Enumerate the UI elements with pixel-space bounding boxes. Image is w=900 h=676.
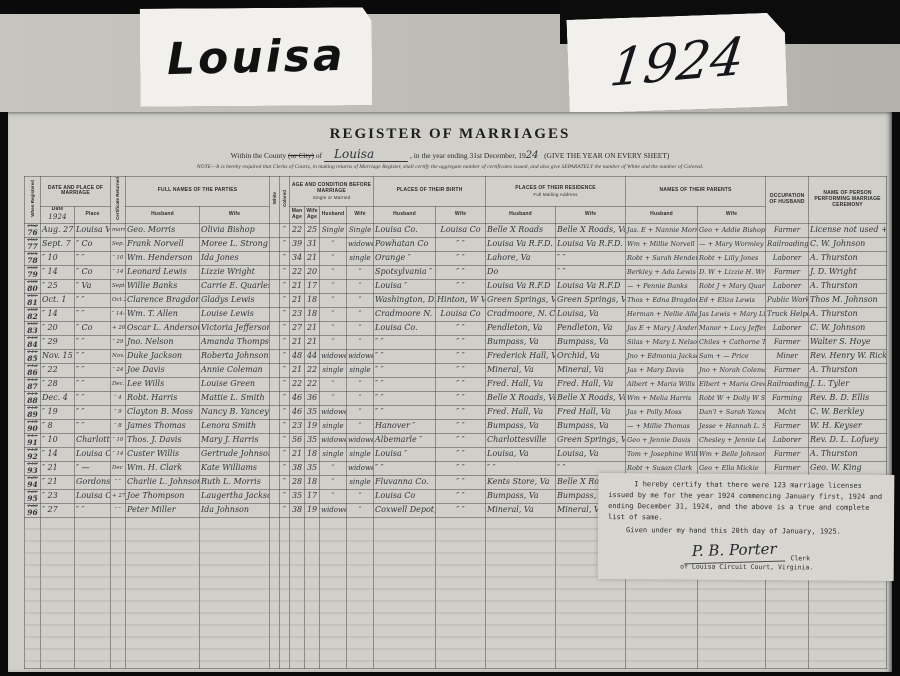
cell-certificate: ″ 9 bbox=[111, 405, 126, 419]
table-row: 11892 ″ 14 Louisa Co ″ 14 Custer Willis … bbox=[25, 447, 887, 461]
col-registered: When Registered bbox=[25, 177, 41, 224]
cell-husband-birth: Albemarle ″ bbox=[374, 433, 436, 447]
cell-wife-name: Nancy B. Yancey bbox=[200, 405, 270, 419]
cell-certificate: Sep. 7 bbox=[111, 237, 126, 251]
cell-wife-condition: single bbox=[347, 251, 374, 265]
cell-wife-age: 35 bbox=[305, 461, 320, 475]
cell-certificate: married bbox=[111, 223, 126, 237]
cell-husband-parents: Thos + Edna Bragdon bbox=[626, 293, 698, 307]
cell-white-mark bbox=[270, 377, 280, 391]
cell-husband-parents: Berkley + Ada Lewis bbox=[626, 265, 698, 279]
table-header: When Registered DATE AND PLACE OF MARRIA… bbox=[25, 177, 887, 224]
cell-husband-parents: Geo + Jennie Davis bbox=[626, 433, 698, 447]
cell-date: ″ 22 bbox=[41, 363, 75, 377]
cell-colored-mark: ″ bbox=[280, 265, 290, 279]
cell-wife-birth: ″ ″ bbox=[436, 391, 486, 405]
cell-date: ″ 14 bbox=[41, 307, 75, 321]
cell-white-mark bbox=[270, 489, 280, 503]
cell-colored-mark: ″ bbox=[280, 279, 290, 293]
cell-wife-age: 31 bbox=[305, 237, 320, 251]
cell-date: Aug. 27 bbox=[41, 223, 75, 237]
cell-wife-name: Lizzie Wright bbox=[200, 265, 270, 279]
col-group-residence: PLACES OF THEIR RESIDENCE Full Mailing A… bbox=[486, 177, 626, 207]
cell-husband-residence: Do bbox=[486, 265, 556, 279]
cell-minister: A. Thurston bbox=[809, 279, 887, 293]
cell-wife-parents: Manor + Lucy Jefferson bbox=[698, 321, 766, 335]
cell-white-mark bbox=[270, 223, 280, 237]
cell-wife-condition: ″ bbox=[347, 279, 374, 293]
cell-minister: Geo. W. King bbox=[809, 461, 887, 475]
cell-wife-name: Carrie E. Quarles bbox=[200, 279, 270, 293]
cell-husband-parents: Jas + Mary Davis bbox=[626, 363, 698, 377]
cell-wife-age: 44 bbox=[305, 349, 320, 363]
year-handwritten: 24 bbox=[526, 150, 539, 161]
cell-wife-birth: Louisa Co bbox=[436, 223, 486, 237]
cell-wife-name: Mattie L. Smith bbox=[200, 391, 270, 405]
cell-husband-age: 22 bbox=[290, 377, 305, 391]
county-label-text: Louisa bbox=[166, 29, 346, 84]
cell-occupation: Farming bbox=[766, 391, 809, 405]
cell-wife-condition: single bbox=[347, 363, 374, 377]
cell-white-mark bbox=[270, 475, 280, 489]
cell-husband-residence: ″ ″ bbox=[486, 461, 556, 475]
scanned-register-photo: { "labels": { "card_county": "Louisa", "… bbox=[0, 0, 900, 676]
within-prefix: Within the County bbox=[231, 151, 287, 160]
of-word: of bbox=[316, 151, 322, 160]
cell-wife-condition: ″ bbox=[347, 335, 374, 349]
cell-wife-parents: Robt W + Dolly W Smith bbox=[698, 391, 766, 405]
cell-place: Louisa Va bbox=[75, 223, 111, 237]
cell-husband-birth: ″ ″ bbox=[374, 377, 436, 391]
cell-wife-residence: Bumpass, Va bbox=[556, 335, 626, 349]
cell-wife-parents: Jno + Norah Coleman bbox=[698, 363, 766, 377]
clerk-signature: P. B. Porter bbox=[683, 538, 785, 565]
cell-line-no: 12296 bbox=[25, 503, 41, 517]
cell-occupation: Farmer bbox=[766, 363, 809, 377]
cell-place: ″ Co bbox=[75, 321, 111, 335]
cell-wife-condition: ″ bbox=[347, 489, 374, 503]
cell-husband-parents: Wm + Melia Harris bbox=[626, 391, 698, 405]
cell-wife-age: 21 bbox=[305, 251, 320, 265]
cell-husband-birth: Cradmoore N. C. bbox=[374, 307, 436, 321]
table-row: 10680 ″ 25 ″ Va Sept 28-24 Willie Banks … bbox=[25, 279, 887, 293]
cell-husband-age: 38 bbox=[290, 461, 305, 475]
cell-certificate: ″ 10 bbox=[111, 251, 126, 265]
subcol-cond-wife: Wife bbox=[347, 206, 374, 223]
cell-husband-age: 56 bbox=[290, 433, 305, 447]
table-row: 10579 ″ 14 ″ Co ″ 14 Leonard Lewis Lizzi… bbox=[25, 265, 887, 279]
cell-certificate: Dec 18-24 bbox=[111, 461, 126, 475]
cell-husband-name: Willie Banks bbox=[126, 279, 200, 293]
cell-husband-parents: Robt + Sarah Henderson bbox=[626, 251, 698, 265]
cell-colored-mark: ″ bbox=[280, 363, 290, 377]
cell-wife-parents: Chiles + Cathorne Thompson bbox=[698, 335, 766, 349]
subcol-birth-wife: Wife bbox=[436, 206, 486, 223]
cell-husband-name: Robt. Harris bbox=[126, 391, 200, 405]
cell-wife-birth: ″ ″ bbox=[436, 335, 486, 349]
cell-wife-name: Mary J. Harris bbox=[200, 433, 270, 447]
cell-date: ″ 21 bbox=[41, 475, 75, 489]
cell-wife-residence: Fred. Hall, Va bbox=[556, 377, 626, 391]
cell-colored-mark: ″ bbox=[280, 503, 290, 517]
cell-place: ″ Va bbox=[75, 279, 111, 293]
cell-white-mark bbox=[270, 265, 280, 279]
cell-line-no: 11589 bbox=[25, 405, 41, 419]
cell-husband-residence: Louisa Va R.F.D bbox=[486, 279, 556, 293]
cell-white-mark bbox=[270, 237, 280, 251]
cell-wife-residence: Belle X Roads, Va bbox=[556, 223, 626, 237]
cell-wife-name: Moree L. Strong bbox=[200, 237, 270, 251]
cell-husband-birth: Spotsylvania ″ bbox=[374, 265, 436, 279]
cell-husband-condition: ″ bbox=[320, 335, 347, 349]
cell-wife-condition: widowed bbox=[347, 433, 374, 447]
cell-wife-parents: D. W + Lizzie H. Wright bbox=[698, 265, 766, 279]
cell-place: ″ ″ bbox=[75, 251, 111, 265]
cell-date: ″ 8 bbox=[41, 419, 75, 433]
cell-line-no: 10882 bbox=[25, 307, 41, 321]
cell-certificate: ″ 24 bbox=[111, 363, 126, 377]
table-row: 11387 ″ 28 ″ ″ Dec. 3 Lee Wills Louise G… bbox=[25, 377, 887, 391]
cell-certificate: ″ 8 bbox=[111, 419, 126, 433]
cell-minister: J. L. Tyler bbox=[809, 377, 887, 391]
cell-place: ″ ″ bbox=[75, 377, 111, 391]
cell-husband-parents: Jas + Polly Moss bbox=[626, 405, 698, 419]
cell-date: ″ 28 bbox=[41, 377, 75, 391]
cell-wife-name: Kate Williams bbox=[200, 461, 270, 475]
cell-white-mark bbox=[270, 503, 280, 517]
cell-husband-name: Lee Wills bbox=[126, 377, 200, 391]
cell-wife-residence: Louisa Va R.F.D. bbox=[556, 237, 626, 251]
cell-wife-name: Gladys Lewis bbox=[200, 293, 270, 307]
cell-wife-age: 18 bbox=[305, 307, 320, 321]
cell-wife-condition: ″ bbox=[347, 321, 374, 335]
cell-wife-name: Ruth L. Morris bbox=[200, 475, 270, 489]
cell-husband-residence: Pendleton, Va bbox=[486, 321, 556, 335]
cell-white-mark bbox=[270, 363, 280, 377]
cell-wife-condition: ″ bbox=[347, 377, 374, 391]
cell-line-no: 11791 bbox=[25, 433, 41, 447]
cell-husband-birth: Louisa Co bbox=[374, 489, 436, 503]
cell-wife-birth: ″ ″ bbox=[436, 279, 486, 293]
cell-husband-parents: Jno + Edmonia Jackson bbox=[626, 349, 698, 363]
cell-minister: C. W. Berkley bbox=[809, 405, 887, 419]
cell-husband-name: Wm. Henderson bbox=[126, 251, 200, 265]
cell-colored-mark: ″ bbox=[280, 349, 290, 363]
cell-wife-age: 21 bbox=[305, 335, 320, 349]
subcol-wife-name: Wife bbox=[200, 206, 270, 223]
cell-husband-parents: Herman + Nellie Allen bbox=[626, 307, 698, 321]
cell-minister: Rev. D. L. Lofuey bbox=[809, 433, 887, 447]
cell-wife-birth: ″ ″ bbox=[436, 377, 486, 391]
cell-husband-condition: ″ bbox=[320, 279, 347, 293]
cell-wife-parents: Jas Lewis + Mary Lipscomb bbox=[698, 307, 766, 321]
cell-husband-residence: Frederick Hall, Va bbox=[486, 349, 556, 363]
cell-husband-parents: Wm + Millie Norvell bbox=[626, 237, 698, 251]
col-group-birth: PLACES OF THEIR BIRTH bbox=[374, 177, 486, 207]
cell-husband-name: Joe Davis bbox=[126, 363, 200, 377]
cell-husband-condition: ″ bbox=[320, 489, 347, 503]
cell-line-no: 10680 bbox=[25, 279, 41, 293]
cell-husband-parents: Tom + Josephine Willis bbox=[626, 447, 698, 461]
subcol-res-wife: Wife bbox=[556, 206, 626, 223]
cell-wife-condition: ″ bbox=[347, 293, 374, 307]
cell-occupation: Farmer bbox=[766, 419, 809, 433]
cell-husband-residence: Lahore, Va bbox=[486, 251, 556, 265]
subcol-res-husband: Husband bbox=[486, 206, 556, 223]
within-suffix: (GIVE THE YEAR ON EVERY SHEET) bbox=[544, 151, 669, 160]
cell-white-mark bbox=[270, 279, 280, 293]
marriage-register-table: When Registered DATE AND PLACE OF MARRIA… bbox=[24, 176, 887, 669]
cell-husband-residence: Louisa Va R.F.D. bbox=[486, 237, 556, 251]
cell-husband-parents: Albert + Maria Wills bbox=[626, 377, 698, 391]
cell-husband-residence: Bumpass, Va bbox=[486, 489, 556, 503]
cell-colored-mark: ″ bbox=[280, 251, 290, 265]
cell-husband-age: 28 bbox=[290, 475, 305, 489]
cell-husband-name: Leonard Lewis bbox=[126, 265, 200, 279]
cell-husband-age: 39 bbox=[290, 237, 305, 251]
cell-wife-name: Ida Johnson bbox=[200, 503, 270, 517]
cell-colored-mark: ″ bbox=[280, 377, 290, 391]
subcol-place: Place bbox=[75, 206, 111, 223]
cell-husband-age: 21 bbox=[290, 293, 305, 307]
cell-colored-mark: ″ bbox=[280, 223, 290, 237]
cell-minister: A. Thurston bbox=[809, 251, 887, 265]
cell-wife-condition: ″ bbox=[347, 391, 374, 405]
cell-husband-residence: Belle X Roads, Va bbox=[486, 391, 556, 405]
cell-husband-condition: single bbox=[320, 363, 347, 377]
subcol-par-wife: Wife bbox=[698, 206, 766, 223]
cell-colored-mark: ″ bbox=[280, 307, 290, 321]
cell-husband-residence: Bumpass, Va bbox=[486, 335, 556, 349]
cell-date: ″ 19 bbox=[41, 405, 75, 419]
cert-line: list of same. bbox=[608, 512, 886, 525]
cell-husband-age: 46 bbox=[290, 405, 305, 419]
cell-white-mark bbox=[270, 321, 280, 335]
cell-minister: A. Thurston bbox=[809, 363, 887, 377]
cell-place: ″ ″ bbox=[75, 363, 111, 377]
cell-husband-residence: Belle X Roads bbox=[486, 223, 556, 237]
cell-line-no: 11185 bbox=[25, 349, 41, 363]
cell-colored-mark: ″ bbox=[280, 293, 290, 307]
cell-minister: C. W. Johnson bbox=[809, 321, 887, 335]
col-group-date-place: DATE AND PLACE OF MARRIAGE bbox=[41, 177, 111, 207]
cell-husband-age: 22 bbox=[290, 265, 305, 279]
subcol-birth-husband: Husband bbox=[374, 206, 436, 223]
cell-occupation: Mcht bbox=[766, 405, 809, 419]
cell-wife-name: Laugertha Jackson bbox=[200, 489, 270, 503]
cell-husband-birth: Powhatan Co bbox=[374, 237, 436, 251]
cell-wife-condition: ″ bbox=[347, 405, 374, 419]
or-city-struck: (or City) bbox=[288, 151, 314, 160]
cell-colored-mark: ″ bbox=[280, 433, 290, 447]
cell-wife-residence: Bumpass, Va bbox=[556, 419, 626, 433]
cell-husband-age: 21 bbox=[290, 363, 305, 377]
cell-husband-condition: widowed bbox=[320, 503, 347, 517]
cell-occupation: Truck Helper bbox=[766, 307, 809, 321]
cell-wife-name: Victoria Jefferson bbox=[200, 321, 270, 335]
cell-husband-condition: ″ bbox=[320, 377, 347, 391]
cell-certificate: Oct 2-24 bbox=[111, 293, 126, 307]
cell-wife-birth: ″ ″ bbox=[436, 405, 486, 419]
cell-husband-birth: Louisa Co. bbox=[374, 223, 436, 237]
table-row: 11488 Dec. 4 ″ ″ ″ 4 Robt. Harris Mattie… bbox=[25, 391, 887, 405]
cell-place: Gordonsville bbox=[75, 475, 111, 489]
col-group-parents: NAMES OF THEIR PARENTS bbox=[626, 177, 766, 207]
cell-wife-condition: ″ bbox=[347, 419, 374, 433]
cell-wife-parents: Dan'l + Sarah Yancey bbox=[698, 405, 766, 419]
cell-wife-age: 35 bbox=[305, 405, 320, 419]
cell-certificate: ″ 14 bbox=[111, 265, 126, 279]
cell-minister: C. W. Johnson bbox=[809, 237, 887, 251]
cell-wife-name: Louise Lewis bbox=[200, 307, 270, 321]
cell-certificate: ″ ″ bbox=[111, 503, 126, 517]
cell-husband-birth: Orange ″ bbox=[374, 251, 436, 265]
table-row: 10983 ″ 20 ″ Co + 20 Oscar L. Anderson V… bbox=[25, 321, 887, 335]
table-row: 10478 ″ 10 ″ ″ ″ 10 Wm. Henderson Ida Jo… bbox=[25, 251, 887, 265]
cell-husband-condition: ″ bbox=[320, 293, 347, 307]
cell-line-no: 11387 bbox=[25, 377, 41, 391]
cell-place: ″ ″ bbox=[75, 503, 111, 517]
note-line: NOTE—It is hereby required that Clerks o… bbox=[8, 164, 892, 170]
cell-line-no: 11488 bbox=[25, 391, 41, 405]
cell-white-mark bbox=[270, 349, 280, 363]
year-label-text: 1924 bbox=[607, 27, 748, 99]
cell-wife-condition: single bbox=[347, 475, 374, 489]
cell-husband-condition: widowed bbox=[320, 433, 347, 447]
cell-husband-condition: widowed bbox=[320, 349, 347, 363]
cell-wife-age: 17 bbox=[305, 279, 320, 293]
cell-certificate: + 27 bbox=[111, 489, 126, 503]
cell-white-mark bbox=[270, 307, 280, 321]
cell-line-no: 10276 bbox=[25, 223, 41, 237]
cell-husband-residence: Fred. Hall, Va bbox=[486, 377, 556, 391]
subcol-wife-age: Wife Age bbox=[305, 206, 320, 223]
cell-husband-birth: ″ ″ bbox=[374, 363, 436, 377]
cell-wife-parents: — + Mary Wormley bbox=[698, 237, 766, 251]
within-mid: , in the year ending 31st December, 19 bbox=[410, 151, 526, 160]
cell-husband-parents: Jas E + Mary J Anderson bbox=[626, 321, 698, 335]
register-page: REGISTER OF MARRIAGES Within the County … bbox=[8, 112, 892, 672]
cell-wife-parents: Robt + Lilly Jones bbox=[698, 251, 766, 265]
cell-colored-mark: ″ bbox=[280, 405, 290, 419]
cell-line-no: 12094 bbox=[25, 475, 41, 489]
cell-wife-residence: ″ ″ bbox=[556, 251, 626, 265]
cell-husband-parents: — + Millie Thomas bbox=[626, 419, 698, 433]
table-row: 11185 Nov. 15 ″ ″ Nov. 18 Duke Jackson R… bbox=[25, 349, 887, 363]
cell-husband-residence: Louisa, Va bbox=[486, 447, 556, 461]
cell-wife-birth: ″ ″ bbox=[436, 363, 486, 377]
cell-husband-condition: single bbox=[320, 447, 347, 461]
cell-husband-age: 38 bbox=[290, 503, 305, 517]
cell-line-no: 11892 bbox=[25, 447, 41, 461]
cell-occupation: Farmer bbox=[766, 461, 809, 475]
subcol-date: Date 1924 bbox=[41, 206, 75, 223]
cell-wife-residence: Green Springs, Va bbox=[556, 293, 626, 307]
cell-place: ″ ″ bbox=[75, 293, 111, 307]
cell-wife-parents: Jesse + Hannah L. Smith bbox=[698, 419, 766, 433]
cell-husband-birth: ″ ″ bbox=[374, 461, 436, 475]
cell-wife-age: 25 bbox=[305, 223, 320, 237]
cell-husband-birth: ″ ″ bbox=[374, 405, 436, 419]
cell-husband-name: Thos. J. Davis bbox=[126, 433, 200, 447]
cell-husband-name: Wm. H. Clark bbox=[126, 461, 200, 475]
cell-occupation: Railroading bbox=[766, 377, 809, 391]
cell-husband-condition: ″ bbox=[320, 321, 347, 335]
cell-wife-age: 17 bbox=[305, 489, 320, 503]
cell-husband-condition: ″ bbox=[320, 237, 347, 251]
cell-husband-age: 34 bbox=[290, 251, 305, 265]
cell-place: ″ Co bbox=[75, 237, 111, 251]
cell-occupation: Farmer bbox=[766, 265, 809, 279]
cell-wife-age: 18 bbox=[305, 293, 320, 307]
cell-wife-residence: Mineral, Va bbox=[556, 363, 626, 377]
cell-occupation: Laborer bbox=[766, 321, 809, 335]
subcol-par-husband: Husband bbox=[626, 206, 698, 223]
cell-wife-age: 22 bbox=[305, 377, 320, 391]
cell-wife-birth: ″ ″ bbox=[436, 321, 486, 335]
cell-place: Louisa Co bbox=[75, 447, 111, 461]
cell-husband-age: 21 bbox=[290, 335, 305, 349]
cell-wife-age: 21 bbox=[305, 321, 320, 335]
cell-wife-birth: ″ ″ bbox=[436, 419, 486, 433]
cell-line-no: 11084 bbox=[25, 335, 41, 349]
cell-date: Dec. 4 bbox=[41, 391, 75, 405]
cell-wife-name: Amanda Thompson bbox=[200, 335, 270, 349]
cell-occupation: Railroading bbox=[766, 237, 809, 251]
year-label-card: 1924 bbox=[566, 12, 787, 114]
cell-wife-condition: Single bbox=[347, 223, 374, 237]
cell-place: ″ ″ bbox=[75, 335, 111, 349]
cell-date: ″ 27 bbox=[41, 503, 75, 517]
col-certificate: Certificate Returned bbox=[111, 177, 126, 224]
cell-minister: Walter S. Hoye bbox=[809, 335, 887, 349]
cell-husband-birth: ″ ″ bbox=[374, 335, 436, 349]
cell-wife-age: 22 bbox=[305, 363, 320, 377]
cell-husband-age: 27 bbox=[290, 321, 305, 335]
cell-minister: Rev. B. D. Ellis bbox=[809, 391, 887, 405]
cell-husband-name: Clarence Bragdon bbox=[126, 293, 200, 307]
cell-husband-birth: ″ ″ bbox=[374, 391, 436, 405]
cell-wife-birth: ″ ″ bbox=[436, 489, 486, 503]
cell-husband-parents: Jas. E + Nannie Morris bbox=[626, 223, 698, 237]
cell-husband-name: Oscar L. Anderson bbox=[126, 321, 200, 335]
cell-wife-name: Lenora Smith bbox=[200, 419, 270, 433]
cell-place: ″ — bbox=[75, 461, 111, 475]
cell-wife-birth: ″ ″ bbox=[436, 475, 486, 489]
cell-husband-residence: Kents Store, Va bbox=[486, 475, 556, 489]
cell-occupation: Farmer bbox=[766, 447, 809, 461]
cell-line-no: 10983 bbox=[25, 321, 41, 335]
cell-husband-residence: Bumpass, Va bbox=[486, 419, 556, 433]
cell-husband-birth: Fluvanna Co. bbox=[374, 475, 436, 489]
cell-wife-name: Louise Green bbox=[200, 377, 270, 391]
cell-line-no: 11993 bbox=[25, 461, 41, 475]
cell-date: ″ 10 bbox=[41, 433, 75, 447]
table-row: 11286 ″ 22 ″ ″ ″ 24 Joe Davis Annie Cole… bbox=[25, 363, 887, 377]
cell-husband-condition: ″ bbox=[320, 307, 347, 321]
cell-colored-mark: ″ bbox=[280, 321, 290, 335]
cell-wife-birth: ″ ″ bbox=[436, 433, 486, 447]
table-row: 10882 ″ 14 ″ ″ ″ 14-24 Wm. T. Allen Loui… bbox=[25, 307, 887, 321]
cell-place: ″ ″ bbox=[75, 307, 111, 321]
cell-white-mark bbox=[270, 335, 280, 349]
cell-occupation: Farmer bbox=[766, 335, 809, 349]
cell-wife-age: 20 bbox=[305, 265, 320, 279]
within-line: Within the County (or City) of Louisa , … bbox=[8, 147, 892, 161]
subcol-husband-name: Husband bbox=[126, 206, 200, 223]
cell-husband-residence: Cradmoore, N. C. bbox=[486, 307, 556, 321]
cell-occupation: Public Works bbox=[766, 293, 809, 307]
